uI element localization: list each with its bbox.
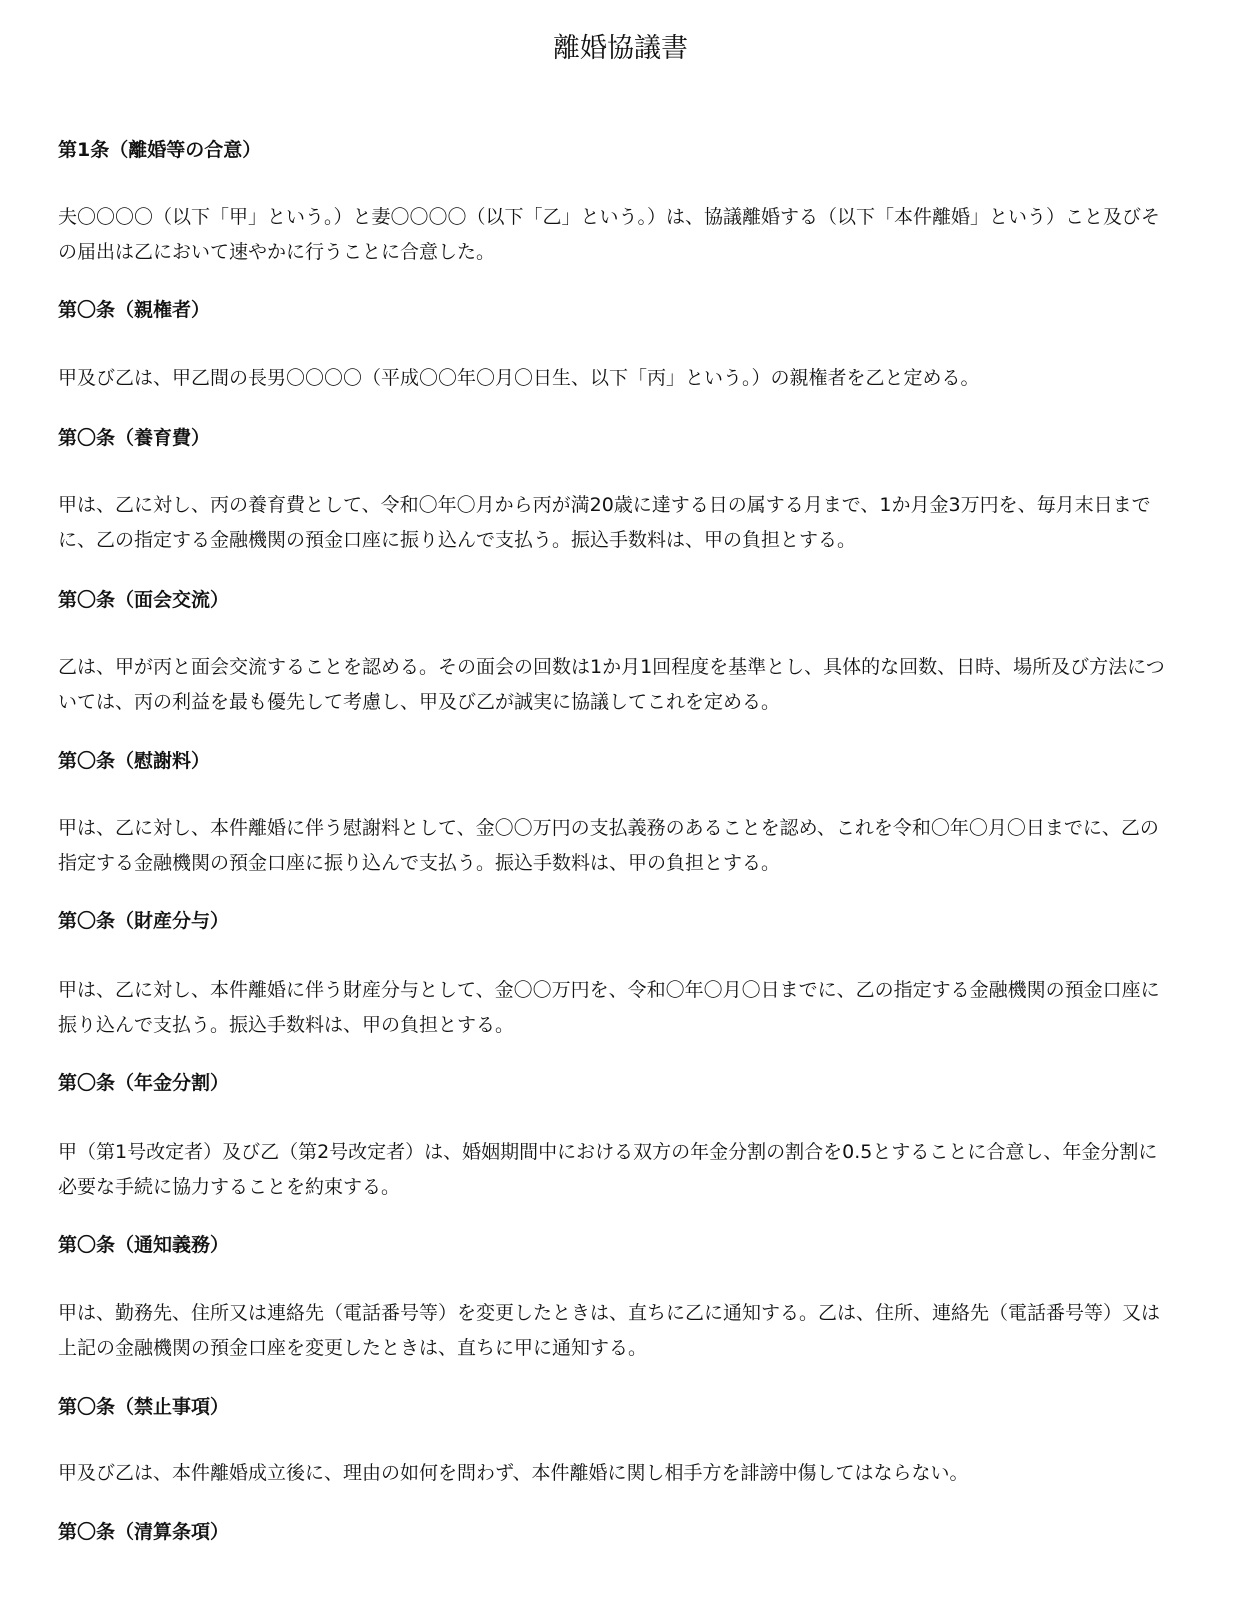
article-body: 乙は、甲が丙と面会交流することを認める。その面会の回数は1か月1回程度を基準とし… xyxy=(58,650,1168,720)
article-heading: 第1条（離婚等の合意） xyxy=(58,136,261,164)
article-heading: 第〇条（財産分与） xyxy=(58,907,229,935)
article-body: 甲は、勤務先、住所又は連絡先（電話番号等）を変更したときは、直ちに乙に通知する。… xyxy=(58,1296,1168,1366)
article-heading: 第〇条（親権者） xyxy=(58,296,210,324)
document-title: 離婚協議書 xyxy=(0,30,1241,68)
article-body: 甲は、乙に対し、本件離婚に伴う財産分与として、金〇〇万円を、令和〇年〇月〇日まで… xyxy=(58,973,1168,1043)
article-heading: 第〇条（通知義務） xyxy=(58,1231,229,1259)
article-body: 甲は、乙に対し、丙の養育費として、令和〇年〇月から丙が満20歳に達する日の属する… xyxy=(58,488,1168,558)
article-body: 甲及び乙は、甲乙間の長男〇〇〇〇（平成〇〇年〇月〇日生、以下「丙」という。）の親… xyxy=(58,361,1168,396)
article-heading: 第〇条（養育費） xyxy=(58,424,210,452)
article-body: 甲は、乙に対し、本件離婚に伴う慰謝料として、金〇〇万円の支払義務のあることを認め… xyxy=(58,811,1168,881)
article-heading: 第〇条（慰謝料） xyxy=(58,747,210,775)
article-heading: 第〇条（面会交流） xyxy=(58,586,229,614)
article-body: 甲（第1号改定者）及び乙（第2号改定者）は、婚姻期間中における双方の年金分割の割… xyxy=(58,1135,1168,1205)
article-body: 甲及び乙は、本件離婚成立後に、理由の如何を問わず、本件離婚に関し相手方を誹謗中傷… xyxy=(58,1456,1168,1491)
article-body: 夫〇〇〇〇（以下「甲」という。）と妻〇〇〇〇（以下「乙」という。）は、協議離婚す… xyxy=(58,200,1168,270)
article-heading: 第〇条（禁止事項） xyxy=(58,1393,229,1421)
article-heading: 第〇条（年金分割） xyxy=(58,1069,229,1097)
article-heading: 第〇条（清算条項） xyxy=(58,1518,229,1546)
